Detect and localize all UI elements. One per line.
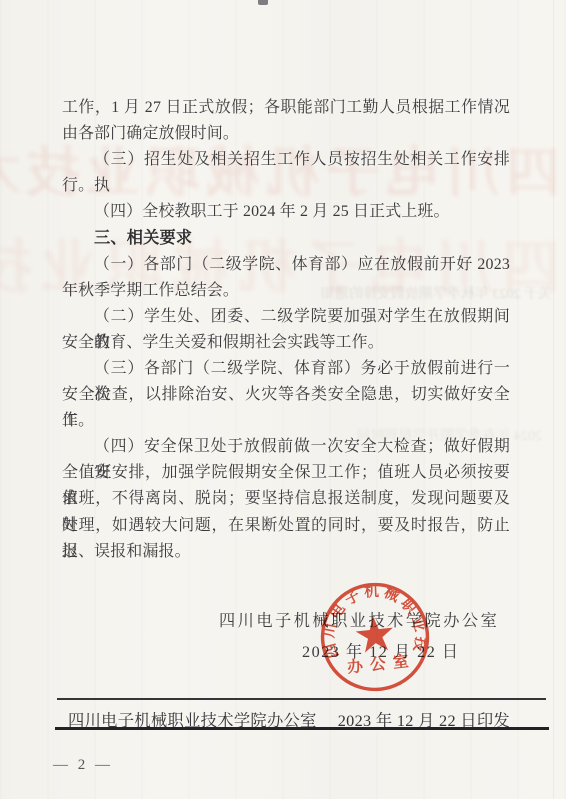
body-line: （四）安全保卫处于放假前做一次安全大检查；做好假期安: [62, 434, 510, 460]
body-line: 工作，1 月 27 日正式放假；各职能部门工勤人员根据工作情况: [62, 95, 510, 121]
body-line: 处理，如遇较大问题，在果断处置的同时，要及时报告，防止迟: [62, 513, 510, 539]
footer-rule-top: [57, 698, 546, 700]
body-line: （三）各部门（二级学院、体育部）务必于放假前进行一次: [62, 356, 510, 382]
body-line: （四）全校教职工于 2024 年 2 月 25 日正式上班。: [62, 199, 510, 225]
body-text: 工作，1 月 27 日正式放假；各职能部门工勤人员根据工作情况由各部门确定放假时…: [62, 95, 510, 565]
page-number: — 2 —: [53, 757, 113, 774]
body-line: 值班，不得离岗、脱岗；要坚持信息报送制度，发现问题要及时: [62, 486, 510, 512]
body-line: （二）学生处、团委、二级学院要加强对学生在放假期间的: [62, 304, 510, 330]
body-line: 安全教育、学生关爱和假期社会实践等工作。: [62, 330, 510, 356]
body-line: （一）各部门（二级学院、体育部）应在放假前开好 2023: [62, 252, 510, 278]
body-line: 由各部门确定放假时间。: [62, 121, 510, 147]
scan-artifact-mark: [258, 0, 268, 5]
scan-edge-line: [553, 0, 554, 799]
footer-rule-bottom: [55, 727, 549, 730]
body-line: 全值班安排，加强学院假期安全保卫工作；值班人员必须按要求: [62, 460, 510, 486]
seal-graphic: 四川电子机械职业技术学院 ★ 办公室: [313, 575, 436, 698]
document-page: 四川电子机械职业技术学院 四川电子机械职业技术学院 关于 2023 年秋季学期放…: [0, 0, 566, 799]
body-line: 三、相关要求: [62, 225, 510, 251]
body-line: 行。: [62, 173, 510, 199]
body-line: （三）招生处及相关招生工作人员按招生处相关工作安排执: [62, 147, 510, 173]
body-line: 报、误报和漏报。: [62, 539, 510, 565]
official-seal: 四川电子机械职业技术学院 ★ 办公室: [313, 575, 436, 698]
body-line: 作。: [62, 408, 510, 434]
body-line: 安全检查，以排除治安、火灾等各类安全隐患，切实做好安全工: [62, 382, 510, 408]
body-line: 年秋季学期工作总结会。: [62, 278, 510, 304]
